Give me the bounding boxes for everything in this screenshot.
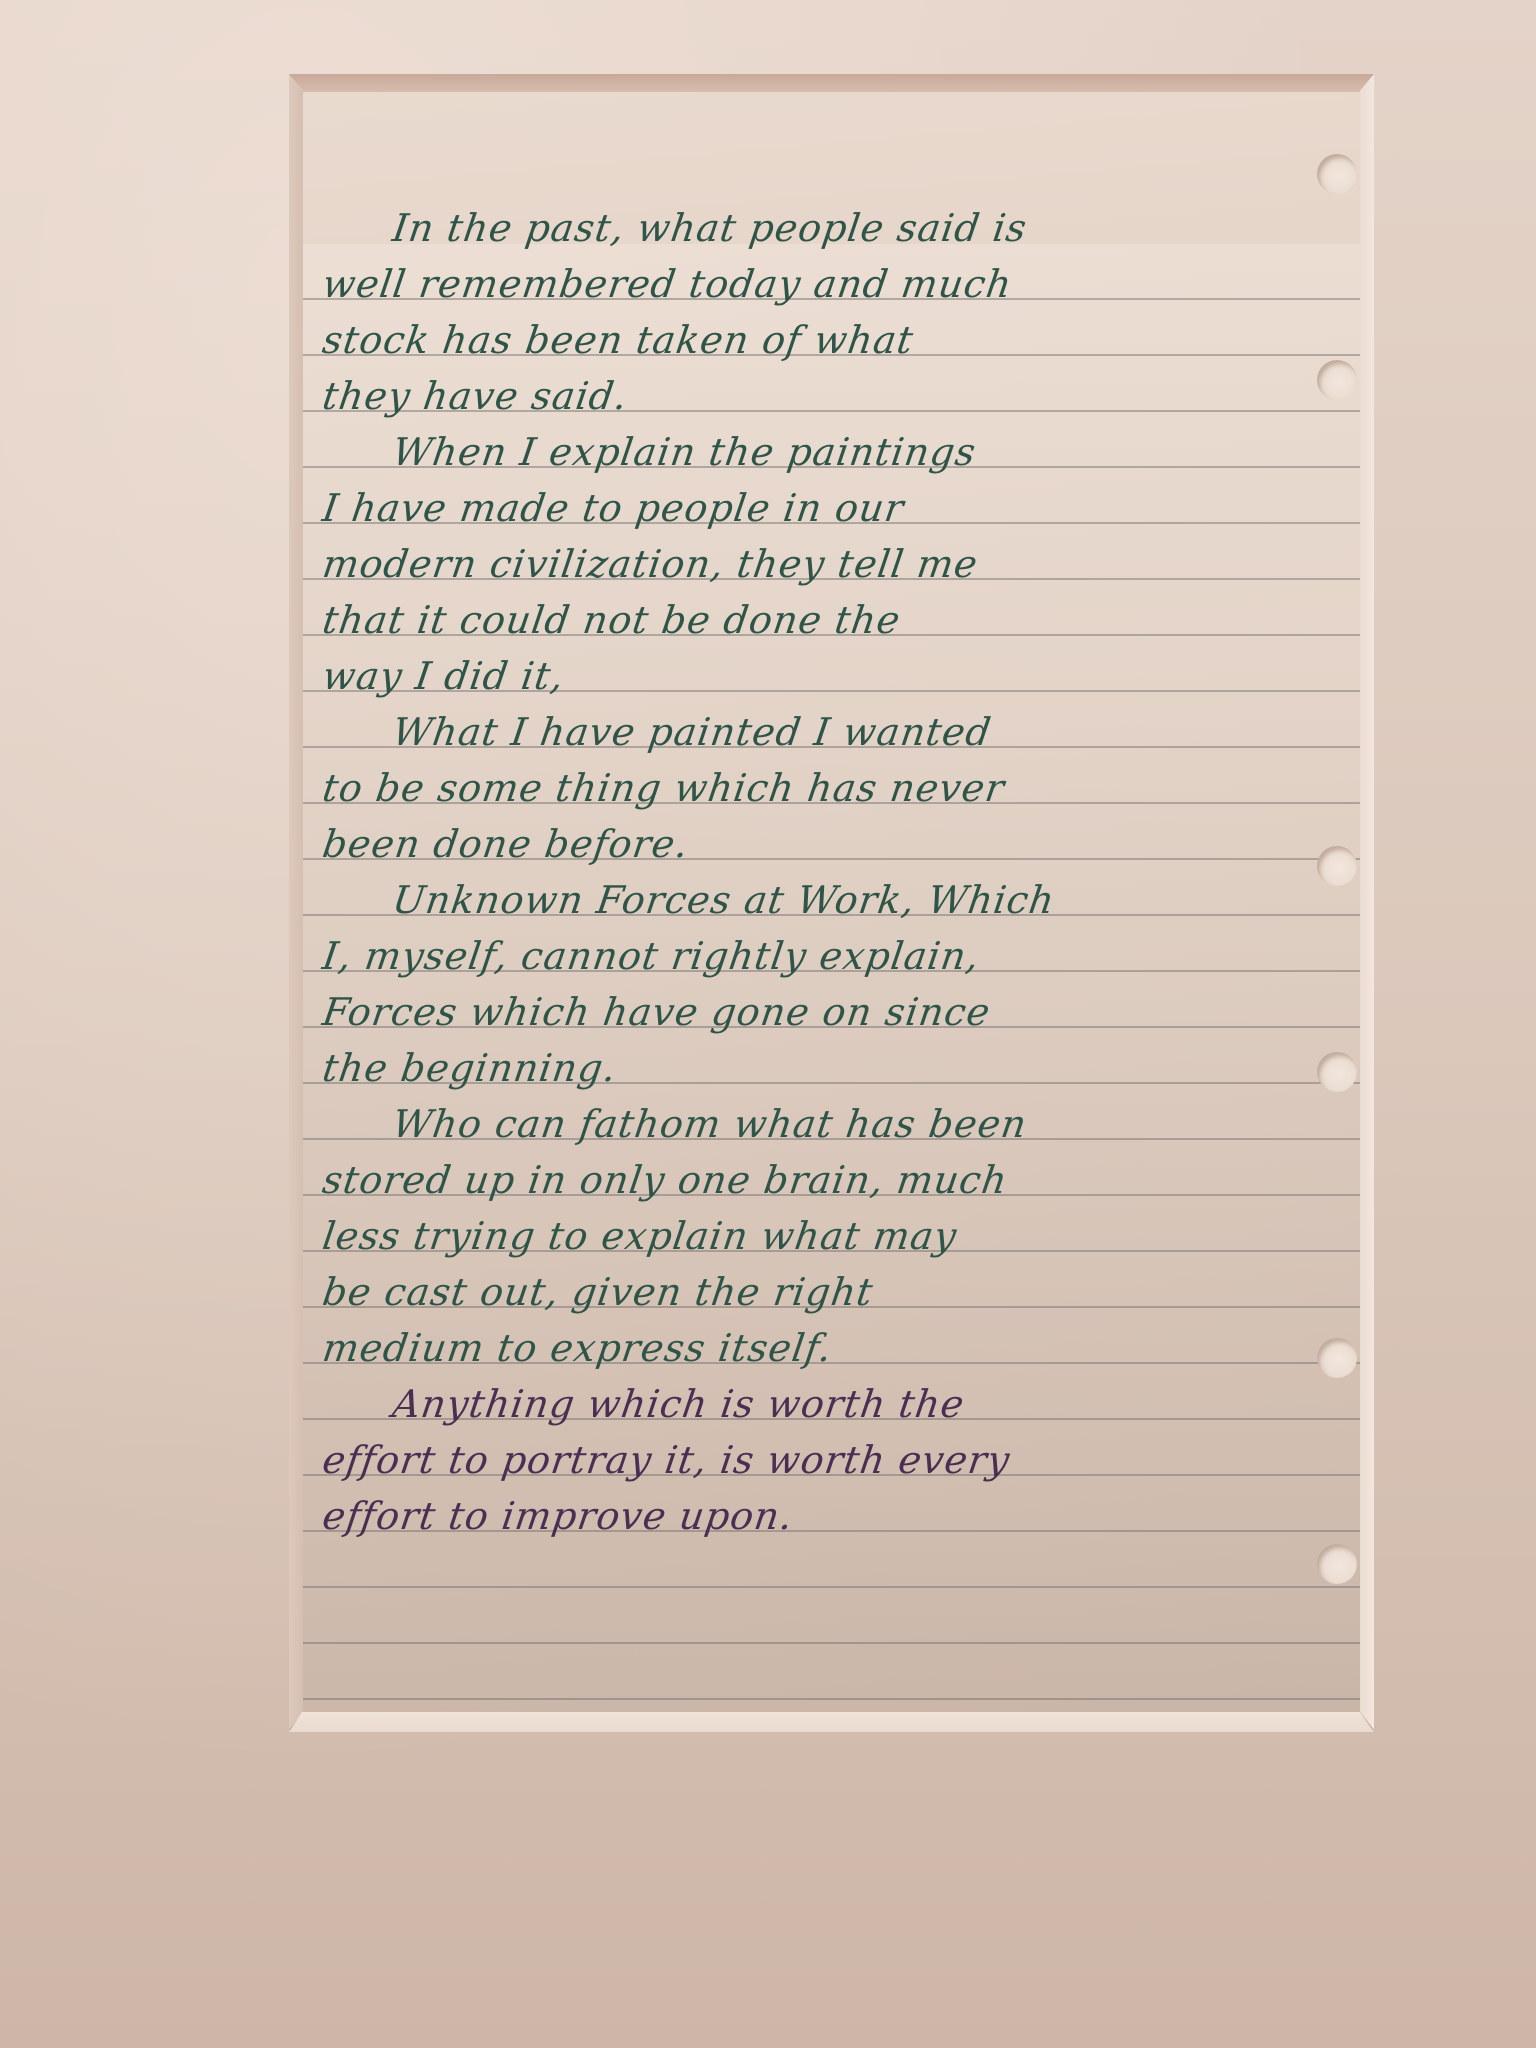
text-line: In the past, what people said is [319,200,1357,256]
text-line: Forces which have gone on since [319,984,1357,1040]
text-line: the beginning. [319,1040,1357,1096]
text-line: stored up in only one brain, much [319,1152,1357,1208]
handwritten-text: In the past, what people said is well re… [319,200,1349,1544]
mat-bevel-top [289,74,1374,92]
text-line: Unknown Forces at Work, Which [319,872,1357,928]
text-line-purple: effort to portray it, is worth every [319,1432,1357,1488]
mat-bevel-bottom [289,1712,1374,1732]
text-line: medium to express itself. [319,1320,1357,1376]
text-line: Who can fathom what has been [319,1096,1357,1152]
text-line: that it could not be done the [319,592,1357,648]
text-line-purple: Anything which is worth the [319,1376,1357,1432]
punch-hole [1317,1544,1357,1584]
text-line: stock has been taken of what [319,312,1357,368]
text-line: well remembered today and much [319,256,1357,312]
text-line: to be some thing which has never [319,760,1357,816]
text-line: What I have painted I wanted [319,704,1357,760]
punch-hole [1317,154,1357,194]
text-line: be cast out, given the right [319,1264,1357,1320]
lined-paper: In the past, what people said is well re… [303,92,1361,1712]
text-line-purple: effort to improve upon. [319,1488,1357,1544]
text-line: they have said. [319,368,1357,424]
text-line: When I explain the paintings [319,424,1357,480]
text-line: modern civilization, they tell me [319,536,1357,592]
text-line: I, myself, cannot rightly explain, [319,928,1357,984]
mat-bevel-right [1360,74,1374,1730]
text-line: I have made to people in our [319,480,1357,536]
text-line: been done before. [319,816,1357,872]
text-line: less trying to explain what may [319,1208,1357,1264]
text-line: way I did it, [319,648,1357,704]
mat-bevel-left [289,74,303,1730]
